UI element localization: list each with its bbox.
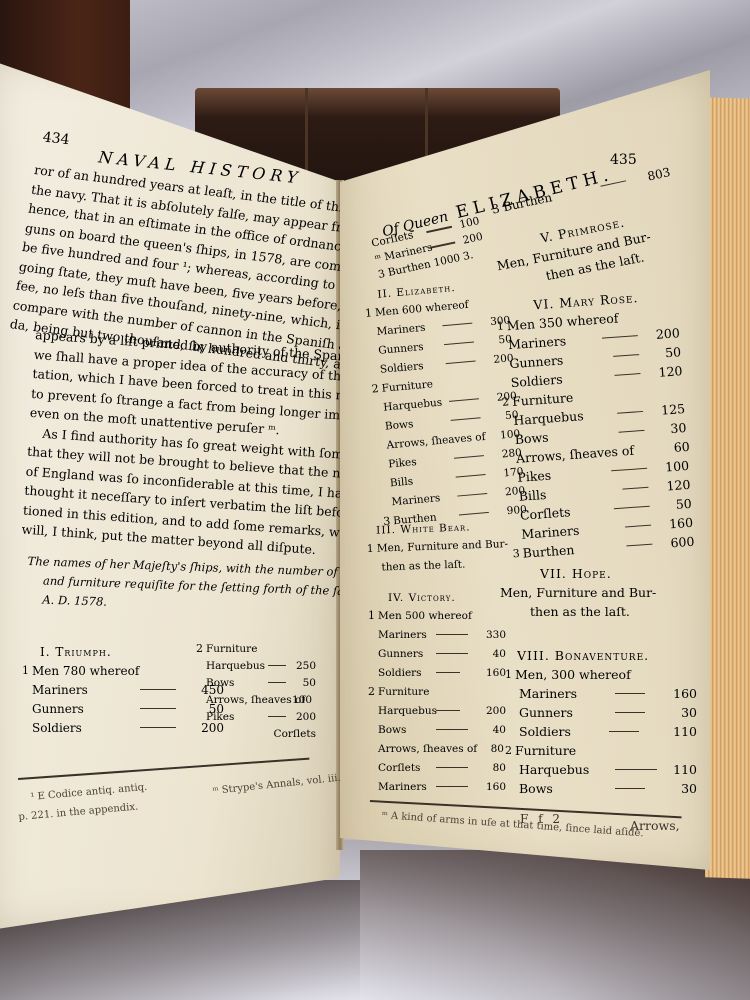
ship-entry-victory: IV. Victory. 1Men 500 whereof Mariners33… <box>368 592 506 796</box>
page-number-left: 434 <box>42 129 71 148</box>
ship-entry-triumph: I. Triumph. 1Men 780 whereof Mariners450… <box>22 645 224 737</box>
ship-entry-white-bear: III. White Bear. 1 Men, Furniture and Bu… <box>366 520 509 577</box>
ship-entry-hope: VII. Hope. Men, Furniture and Bur- then … <box>500 566 656 621</box>
left-body-lower: appears by a liſt printed by authority o… <box>21 325 335 560</box>
ship-title: IV. Victory. <box>368 592 506 604</box>
page-number-right: 435 <box>610 152 637 168</box>
page-edges <box>705 97 750 879</box>
row-label: Men 780 whereof <box>32 664 139 678</box>
ship-entry-mary-rose: VI. Mary Rose. 1Men 350 whereof Mariners… <box>495 287 697 563</box>
ship-title: VIII. Bonaventure. <box>505 648 697 663</box>
left-caption: The names of her Majeſty's ſhips, with t… <box>26 552 328 619</box>
book-shadow-right <box>360 850 750 1000</box>
ship-title: I. Triumph. <box>22 645 224 659</box>
ship-title: VII. Hope. <box>500 566 656 581</box>
ship-entry-bonaventure: VIII. Bonaventure. 1Men, 300 whereof Mar… <box>505 648 697 798</box>
photo-scene: 434 NAVAL HISTORY ror of an hundred year… <box>0 0 750 1000</box>
ship-entry-triumph-cont: 2Furniture Harquebus250 Bows50 Arrows, ſ… <box>196 640 316 742</box>
